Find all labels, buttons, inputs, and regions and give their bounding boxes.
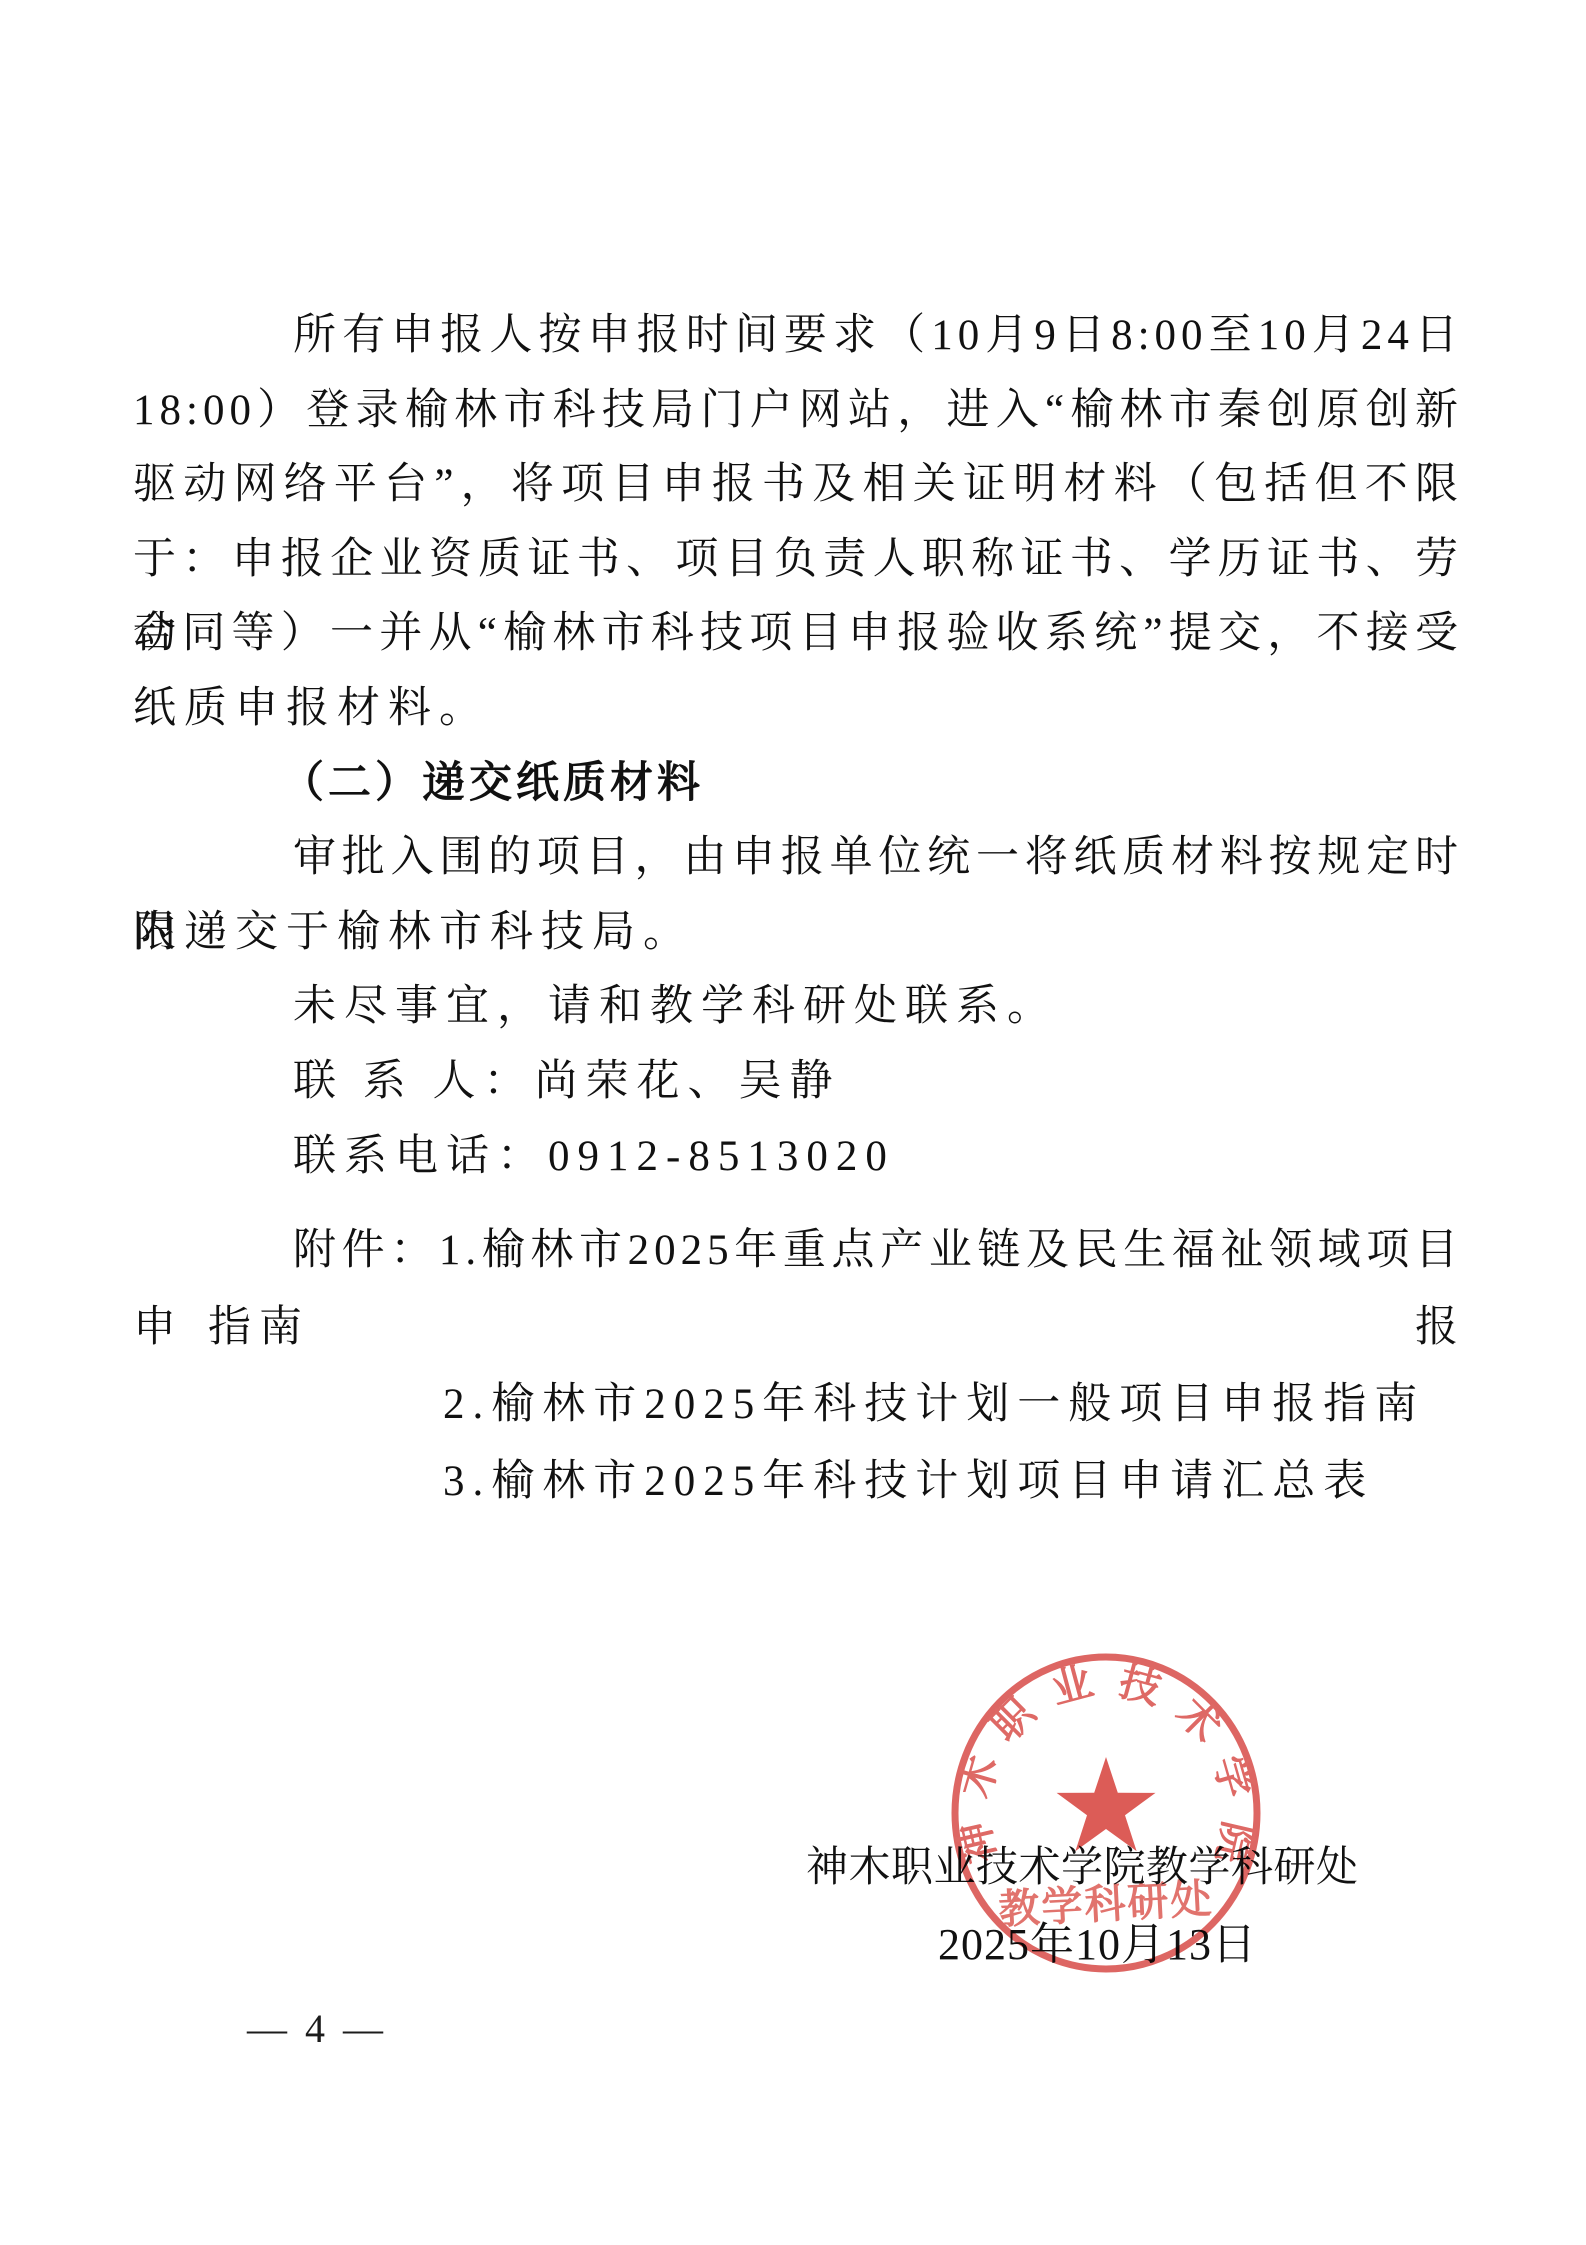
- seal-arc-text: 神 木 职 业 技 术 学 院: [950, 1658, 1261, 1868]
- seal-arc-char: 术: [1169, 1689, 1231, 1751]
- page-number: — 4 —: [247, 2006, 387, 2052]
- seal-arc-char: 木: [951, 1751, 1007, 1803]
- body-line: 18:00）登录榆林市科技局门户网站，进入“榆林市秦创原创新: [133, 374, 1463, 449]
- body-line: 审批入围的项目，由申报单位统一将纸质材料按规定时限: [133, 821, 1463, 896]
- seal-star-icon: [1057, 1757, 1156, 1851]
- signature-organization: 神木职业技术学院教学科研处: [806, 1842, 1359, 1894]
- body-line: 纸质申报材料。: [133, 672, 1463, 747]
- body-line: 驱动网络平台”，将项目申报书及相关证明材料（包括但不限: [133, 448, 1463, 523]
- body-line: 所有申报人按申报时间要求（10月9日8:00至10月24日: [133, 299, 1463, 374]
- contact-phone-line: 联系电话：0912-8513020: [133, 1120, 1463, 1195]
- body-line: 合同等）一并从“榆林市科技项目申报验收系统”提交，不接受: [133, 597, 1463, 672]
- seal-arc-char: 学: [1205, 1751, 1261, 1803]
- attachment-line: 附件：1.榆林市2025年重点产业链及民生福祉领域项目申报: [133, 1212, 1463, 1289]
- body-line: 于：申报企业资质证书、项目负责人职称证书、学历证书、劳动: [133, 523, 1463, 598]
- body-line: 未尽事宜，请和教学科研处联系。: [133, 970, 1463, 1045]
- seal-arc-char: 职: [982, 1688, 1044, 1750]
- attachments-list: 附件：1.榆林市2025年重点产业链及民生福祉领域项目申报 指南 2.榆林市20…: [133, 1212, 1463, 1520]
- body-text: 所有申报人按申报时间要求（10月9日8:00至10月24日 18:00）登录榆林…: [133, 299, 1463, 1194]
- attachment-line: 3.榆林市2025年科技计划项目申请汇总表: [133, 1443, 1463, 1520]
- seal-arc-char: 业: [1046, 1658, 1098, 1713]
- contact-person-line: 联 系 人：尚荣花、吴静: [133, 1045, 1463, 1120]
- seal-arc-char: 技: [1114, 1658, 1166, 1713]
- attachment-line: 2.榆林市2025年科技计划一般项目申报指南: [133, 1366, 1463, 1443]
- section-heading: （二）递交纸质材料: [133, 747, 1463, 822]
- body-line: 内递交于榆林市科技局。: [133, 896, 1463, 971]
- document-page: 所有申报人按申报时间要求（10月9日8:00至10月24日 18:00）登录榆林…: [0, 0, 1586, 2245]
- signature-date: 2025年10月13日: [938, 1918, 1257, 1972]
